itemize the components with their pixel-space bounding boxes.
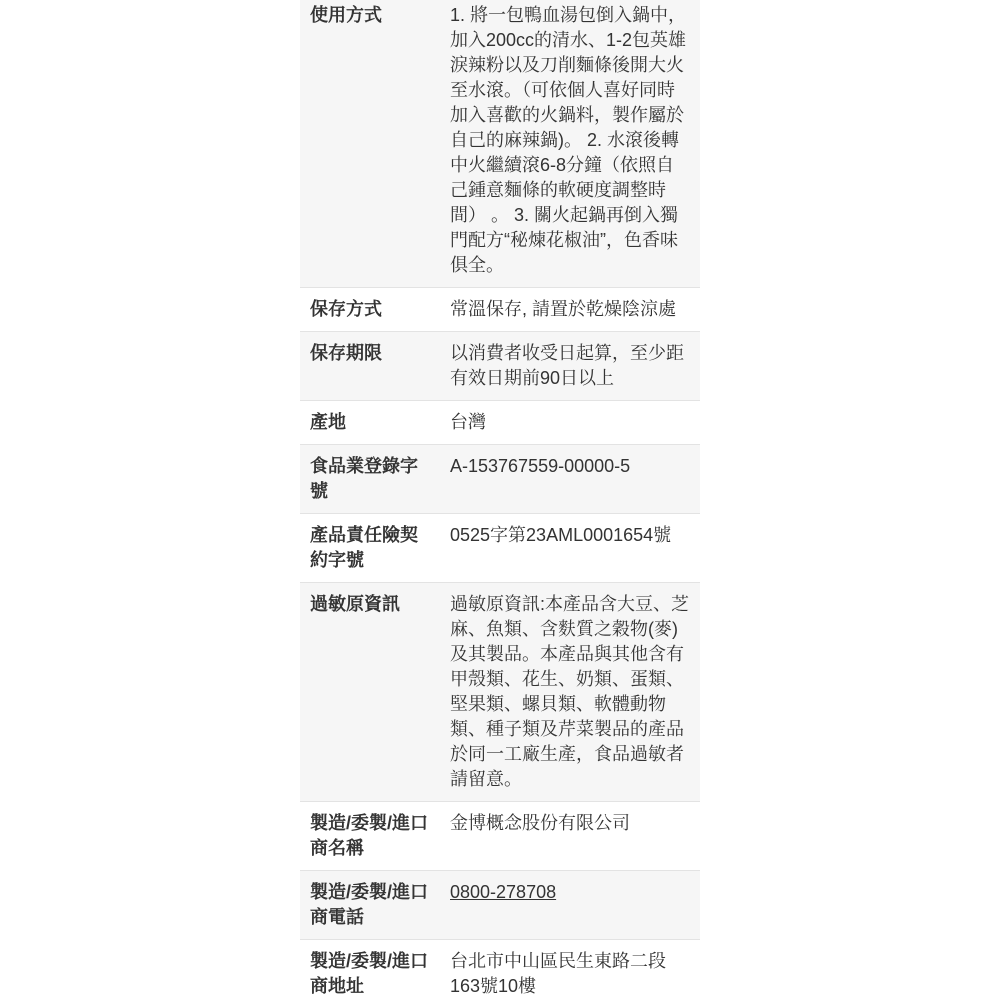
- spec-row-manufacturer-name: 製造/委製/進口商名稱 金博概念股份有限公司: [300, 801, 700, 870]
- spec-label: 使用方式: [310, 3, 434, 28]
- spec-label: 製造/委製/進口商地址: [310, 949, 434, 999]
- spec-row-shelf-life: 保存期限 以消費者收受日起算，至少距有效日期前90日以上: [300, 331, 700, 400]
- spec-label: 過敏原資訊: [310, 592, 434, 617]
- spec-row-food-registration-number: 食品業登錄字號 A-153767559-00000-5: [300, 444, 700, 513]
- spec-row-storage-method: 保存方式 常溫保存, 請置於乾燥陰涼處: [300, 287, 700, 331]
- spec-value: 0525字第23AML0001654號: [450, 523, 690, 548]
- spec-label: 製造/委製/進口商名稱: [310, 811, 434, 861]
- spec-label: 製造/委製/進口商電話: [310, 880, 434, 930]
- spec-row-liability-insurance-number: 產品責任險契約字號 0525字第23AML0001654號: [300, 513, 700, 582]
- spec-label: 食品業登錄字號: [310, 454, 434, 504]
- spec-value: 1. 將一包鴨血湯包倒入鍋中，加入200cc的清水、1-2包英雄淚辣粉以及刀削麵…: [450, 3, 690, 278]
- spec-label: 產地: [310, 410, 434, 435]
- spec-row-allergen-info: 過敏原資訊 過敏原資訊:本產品含大豆、芝麻、魚類、含麩質之穀物(麥)及其製品。本…: [300, 582, 700, 801]
- phone-link[interactable]: 0800-278708: [450, 880, 690, 905]
- spec-value: 過敏原資訊:本產品含大豆、芝麻、魚類、含麩質之穀物(麥)及其製品。本產品與其他含…: [450, 592, 690, 792]
- spec-label: 產品責任險契約字號: [310, 523, 434, 573]
- spec-row-manufacturer-address: 製造/委製/進口商地址 台北市中山區民生東路二段163號10樓: [300, 939, 700, 1000]
- spec-label: 保存期限: [310, 341, 434, 366]
- spec-label: 保存方式: [310, 297, 434, 322]
- spec-value: 台北市中山區民生東路二段163號10樓: [450, 949, 690, 999]
- spec-row-usage: 使用方式 1. 將一包鴨血湯包倒入鍋中，加入200cc的清水、1-2包英雄淚辣粉…: [300, 0, 700, 287]
- spec-value: A-153767559-00000-5: [450, 454, 690, 479]
- spec-value: 常溫保存, 請置於乾燥陰涼處: [450, 297, 690, 322]
- spec-value: 台灣: [450, 410, 690, 435]
- spec-value: 金博概念股份有限公司: [450, 811, 690, 836]
- spec-row-origin: 產地 台灣: [300, 400, 700, 444]
- product-spec-table: 使用方式 1. 將一包鴨血湯包倒入鍋中，加入200cc的清水、1-2包英雄淚辣粉…: [300, 0, 700, 1000]
- spec-row-manufacturer-phone: 製造/委製/進口商電話 0800-278708: [300, 870, 700, 939]
- spec-value: 以消費者收受日起算，至少距有效日期前90日以上: [450, 341, 690, 391]
